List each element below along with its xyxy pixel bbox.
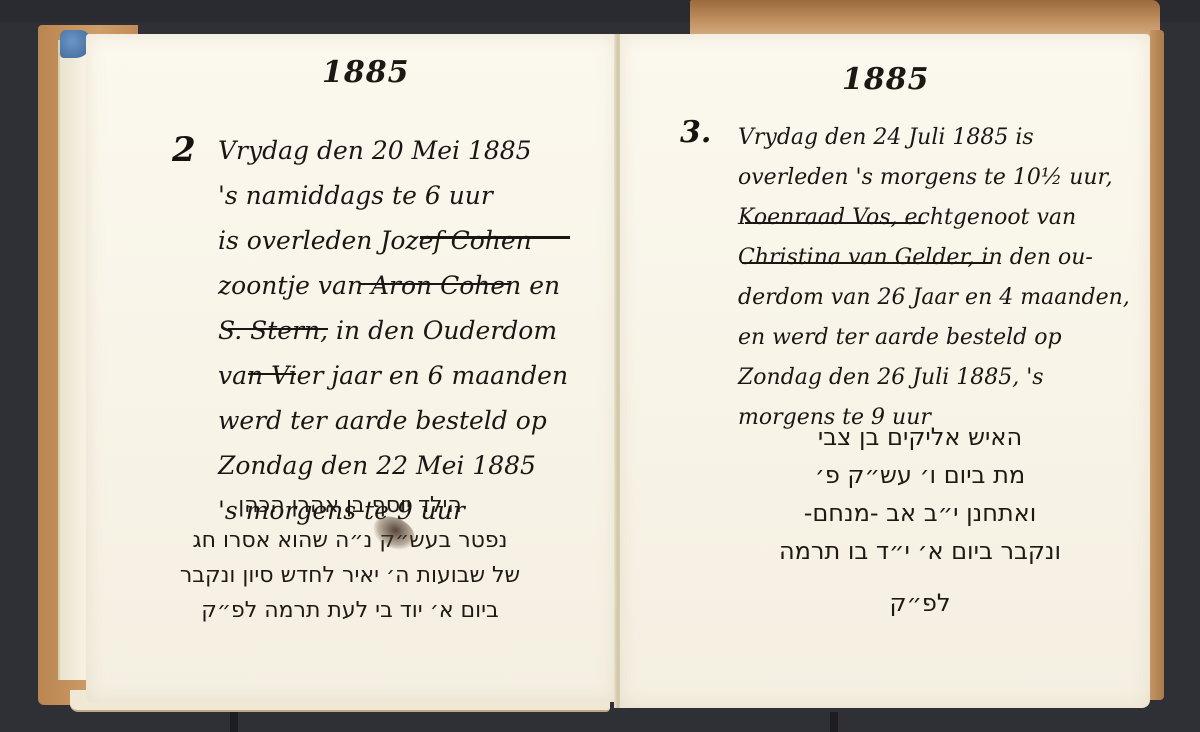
hebrew-line: לפ״ק	[730, 584, 1110, 622]
dutch-line: van Vier jaar en 6 maanden	[218, 353, 568, 398]
left-dutch-entry: Vrydag den 20 Mei 1885 's namiddags te 6…	[218, 128, 568, 533]
dutch-line: 's namiddags te 6 uur	[218, 173, 568, 218]
dutch-line: werd ter aarde besteld op	[218, 398, 568, 443]
hebrew-line: נפטר בעש״ק נ״ה שהוא אסרו חג	[130, 523, 570, 558]
background-post	[230, 712, 238, 732]
hebrew-line: ונקבר ביום א׳ י״ד בו תרמה	[730, 532, 1110, 570]
book-cover-right-edge	[1150, 30, 1164, 700]
dutch-line: S. Stern, in den Ouderdom	[218, 308, 568, 353]
underline-s-stern	[228, 328, 328, 330]
underline-christina-van-gelder	[742, 262, 992, 264]
background-post	[830, 712, 838, 732]
dutch-line: Koenraad Vos, echtgenoot van	[738, 198, 1130, 238]
right-hebrew-entry: האיש אליקים בן צבי מת ביום ו׳ עש״ק פ׳ וא…	[730, 418, 1110, 622]
right-year-header: 1885	[842, 62, 930, 97]
underline-jozef-cohen	[420, 236, 570, 239]
hebrew-line: ביום א׳ יוד בי לעת תרמה לפ״ק	[130, 593, 570, 628]
dutch-line: zoontje van Aron Cohen en	[218, 263, 568, 308]
left-hebrew-entry: הילד יוסף בן אהרן הכהן נפטר בעש״ק נ״ה שה…	[130, 488, 570, 628]
dutch-line: is overleden Jozef Cohen	[218, 218, 568, 263]
hebrew-line: מת ביום ו׳ עש״ק פ׳	[730, 456, 1110, 494]
hebrew-line: האיש אליקים בן צבי	[730, 418, 1110, 456]
underline-vier	[248, 373, 296, 375]
left-entry-number: 2	[172, 130, 196, 170]
underline-koenraad-vos	[745, 222, 925, 224]
right-entry-number: 3.	[680, 115, 711, 150]
hebrew-line: ואתחנן י״ב אב -מנחם-	[730, 494, 1110, 532]
dutch-line: en werd ter aarde besteld op	[738, 318, 1130, 358]
dutch-line: derdom van 26 Jaar en 4 maanden,	[738, 278, 1130, 318]
underline-aron-cohen	[360, 283, 510, 285]
dutch-line: Vrydag den 20 Mei 1885	[218, 128, 568, 173]
dutch-line: Vrydag den 24 Juli 1885 is	[738, 118, 1130, 158]
dutch-line: Christina van Gelder, in den ou-	[738, 238, 1130, 278]
dutch-line: overleden 's morgens te 10½ uur,	[738, 158, 1130, 198]
dutch-line: Zondag den 26 Juli 1885, 's	[738, 358, 1130, 398]
hebrew-line: הילד יוסף בן אהרן הכהן	[130, 488, 570, 523]
right-dutch-entry: Vrydag den 24 Juli 1885 is overleden 's …	[738, 118, 1130, 438]
dutch-line: Zondag den 22 Mei 1885	[218, 443, 568, 488]
left-year-header: 1885	[322, 55, 410, 90]
hebrew-line: של שבועות ה׳ יאיר לחדש סיון ונקבר	[130, 558, 570, 593]
